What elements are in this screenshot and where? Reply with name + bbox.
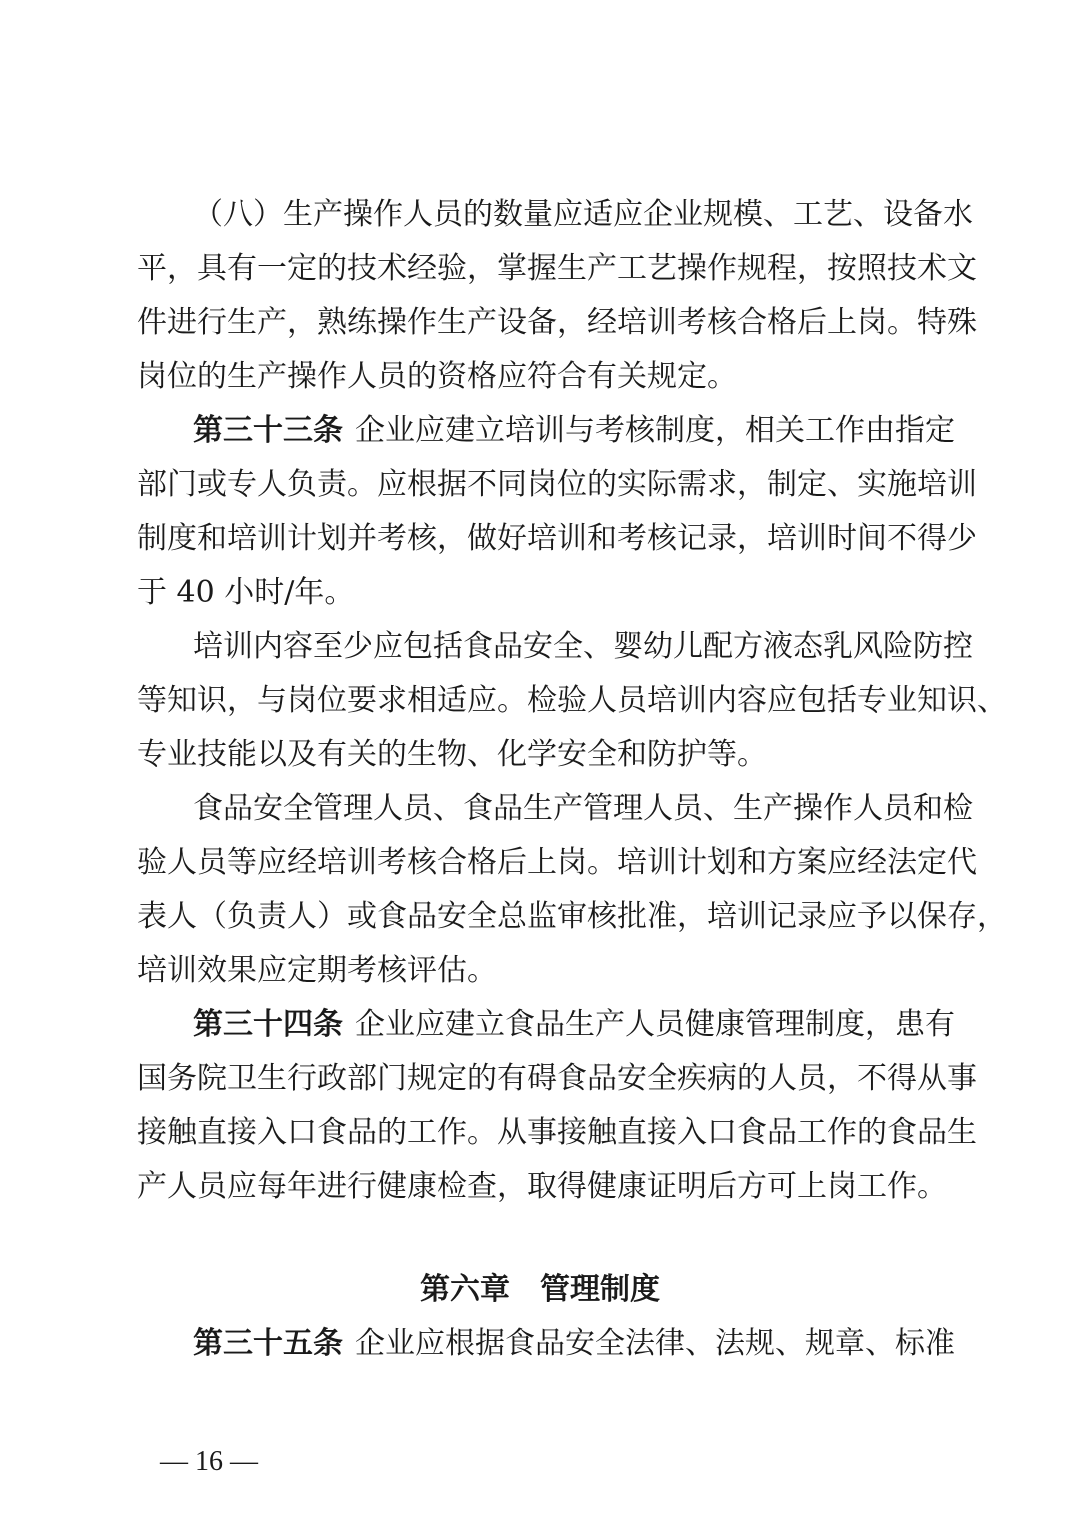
chapter-heading: 第六章管理制度 [0, 1263, 1080, 1317]
text-line: 产人员应每年进行健康检查，取得健康证明后方可上岗工作。 [137, 1160, 945, 1214]
text-line: 部门或专人负责。应根据不同岗位的实际需求，制定、实施培训 [137, 458, 945, 512]
text-line: 培训内容至少应包括食品安全、婴幼儿配方液态乳风险防控 [193, 620, 945, 674]
text-line: 食品安全管理人员、食品生产管理人员、生产操作人员和检 [193, 782, 945, 836]
text-line: 表人（负责人）或食品安全总监审核批准，培训记录应予以保存， [137, 890, 945, 944]
text-line: 第三十四条企业应建立食品生产人员健康管理制度，患有 [193, 998, 945, 1052]
article-text: 企业应根据食品安全法律、法规、规章、标准 [355, 1326, 955, 1361]
text-line: 验人员等应经培训考核合格后上岗。培训计划和方案应经法定代 [137, 836, 945, 890]
article-heading: 第三十五条 [193, 1326, 343, 1361]
text-line: 接触直接入口食品的工作。从事接触直接入口食品工作的食品生 [137, 1106, 945, 1160]
article-heading: 第三十四条 [193, 1007, 343, 1042]
text-line: 等知识，与岗位要求相适应。检验人员培训内容应包括专业知识、 [137, 674, 945, 728]
page-number: — 16 — [160, 1442, 258, 1482]
chapter-title: 管理制度 [540, 1272, 660, 1307]
article-text: 企业应建立培训与考核制度，相关工作由指定 [355, 413, 955, 448]
chapter-number: 第六章 [420, 1272, 510, 1307]
text-line: 岗位的生产操作人员的资格应符合有关规定。 [137, 350, 945, 404]
article-heading: 第三十三条 [193, 413, 343, 448]
text-line: 第三十三条企业应建立培训与考核制度，相关工作由指定 [193, 404, 945, 458]
text-line: （八）生产操作人员的数量应适应企业规模、工艺、设备水 [193, 188, 945, 242]
text-line: 制度和培训计划并考核，做好培训和考核记录，培训时间不得少 [137, 512, 945, 566]
text-line: 平，具有一定的技术经验，掌握生产工艺操作规程，按照技术文 [137, 242, 945, 296]
article-text: 企业应建立食品生产人员健康管理制度，患有 [355, 1007, 955, 1042]
text-line: 于 40 小时/年。 [137, 566, 945, 620]
document-page: （八）生产操作人员的数量应适应企业规模、工艺、设备水 平，具有一定的技术经验，掌… [0, 0, 1080, 1527]
text-line: 第三十五条企业应根据食品安全法律、法规、规章、标准 [193, 1317, 945, 1371]
text-line: 培训效果应定期考核评估。 [137, 944, 945, 998]
text-line: 国务院卫生行政部门规定的有碍食品安全疾病的人员，不得从事 [137, 1052, 945, 1106]
text-line: 专业技能以及有关的生物、化学安全和防护等。 [137, 728, 945, 782]
text-line: 件进行生产，熟练操作生产设备，经培训考核合格后上岗。特殊 [137, 296, 945, 350]
